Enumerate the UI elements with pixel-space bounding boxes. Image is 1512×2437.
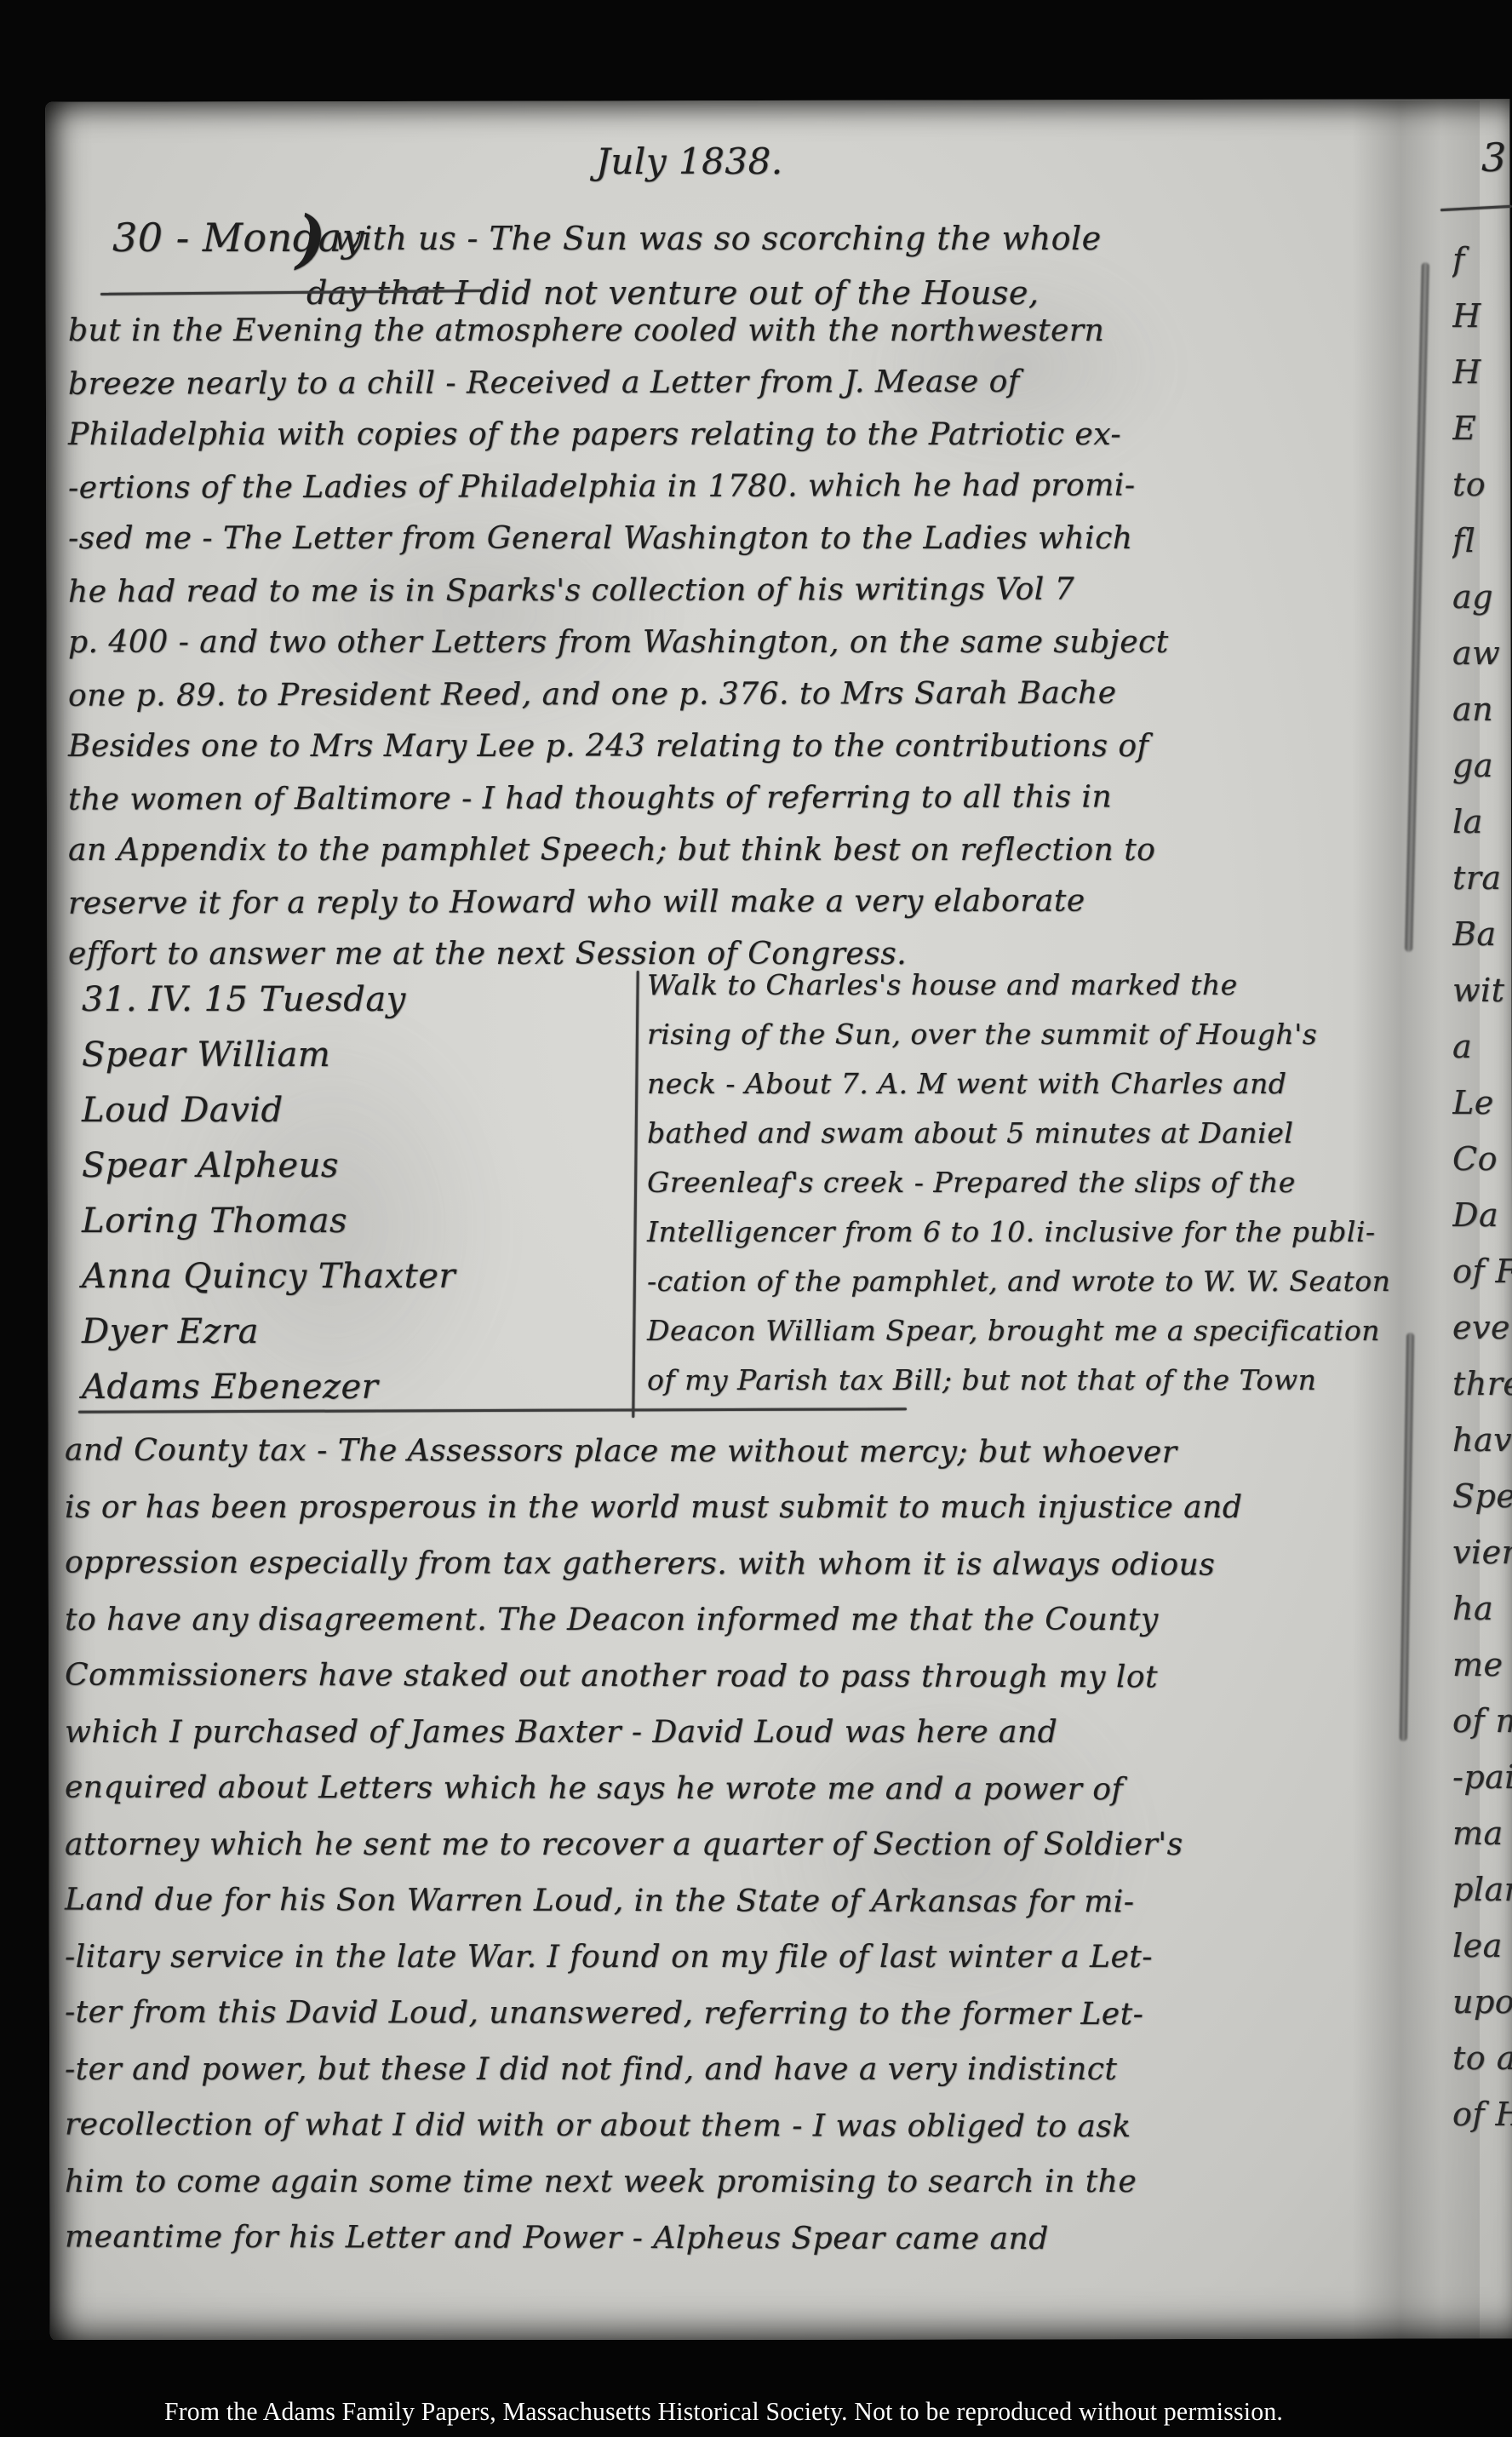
manuscript-line: enquired about Letters which he says he …: [65, 1760, 1243, 1819]
manuscript-line: he had read to me is in Sparks's collect…: [68, 563, 1169, 617]
manuscript-line: -ter from this David Loud, unanswered, r…: [65, 1985, 1243, 2044]
manuscript-line: is or has been prosperous in the world m…: [65, 1480, 1242, 1536]
text-fragment: Spe: [1452, 1468, 1512, 1524]
entry-brace: ): [296, 203, 327, 276]
manuscript-line: Deacon William Spear, brought me a speci…: [647, 1306, 1390, 1356]
text-fragment: eve: [1452, 1299, 1512, 1356]
text-fragment: -pair: [1452, 1749, 1512, 1805]
visitor-name: Loud David: [82, 1083, 455, 1138]
manuscript-line: bathed and swam about 5 minutes at Danie…: [647, 1109, 1390, 1158]
manuscript-line: -litary service in the late War. I found…: [65, 1930, 1242, 1986]
text-fragment: to: [1452, 456, 1512, 513]
text-fragment: f: [1452, 232, 1512, 288]
manuscript-line: of my Parish tax Bill; but not that of t…: [647, 1356, 1390, 1405]
manuscript-line: Philadelphia with copies of the papers r…: [68, 409, 1169, 461]
text-fragment: wit: [1452, 962, 1512, 1018]
visitor-name: Dyer Ezra: [82, 1305, 455, 1360]
text-fragment: fl: [1452, 513, 1512, 569]
manuscript-line: him to come again some time next week pr…: [65, 2154, 1242, 2211]
manuscript-line: -cation of the pamphlet, and wrote to W.…: [647, 1257, 1390, 1306]
text-fragment: ga: [1452, 737, 1512, 794]
scanned-diary-screenshot: { "colors": { "background": "#060606", "…: [0, 0, 1512, 2437]
text-fragment: Ba: [1452, 906, 1512, 962]
manuscript-line: Greenleaf's creek - Prepared the slips o…: [647, 1158, 1390, 1207]
text-fragment: plan: [1452, 1861, 1512, 1918]
manuscript-line: and County tax - The Assessors place me …: [65, 1423, 1243, 1482]
manuscript-line: to have any disagreement. The Deacon inf…: [65, 1592, 1242, 1649]
manuscript-line: neck - About 7. A. M went with Charles a…: [647, 1059, 1390, 1109]
visitor-name: Spear Alpheus: [82, 1138, 455, 1194]
text-fragment: ma: [1452, 1805, 1512, 1861]
manuscript-line: Walk to Charles's house and marked the: [647, 960, 1390, 1010]
visitor-name: 31. IV. 15 Tuesday: [82, 972, 455, 1028]
adjacent-page-text-fragments: fHHEtoflagawangalatraBawitaLeCoDaof Feve…: [1452, 232, 1512, 2216]
manuscript-line: meantime for his Letter and Power - Alph…: [65, 2210, 1243, 2268]
text-fragment: aw: [1452, 625, 1512, 681]
manuscript-line: Besides one to Mrs Mary Lee p. 243 relat…: [68, 720, 1169, 772]
manuscript-line: breeze nearly to a chill - Received a Le…: [68, 355, 1169, 410]
text-fragment: la: [1452, 794, 1512, 850]
text-fragment: an: [1452, 681, 1512, 737]
month-year-heading: July 1838.: [596, 140, 783, 182]
text-fragment: Co: [1452, 1131, 1512, 1187]
manuscript-line: Intelligencer from 6 to 10. inclusive fo…: [647, 1207, 1390, 1257]
manuscript-line: Land due for his Son Warren Loud, in the…: [65, 1872, 1243, 1931]
manuscript-line: oppression especially from tax gatherers…: [65, 1535, 1243, 1594]
text-fragment: me: [1452, 1637, 1512, 1693]
manuscript-line: -sed me - The Letter from General Washin…: [68, 513, 1169, 565]
adjacent-page-number: 3: [1481, 135, 1507, 181]
text-fragment: Da: [1452, 1187, 1512, 1243]
text-fragment: tra: [1452, 850, 1512, 906]
visitor-name: Adams Ebenezer: [82, 1360, 455, 1415]
text-fragment: to a: [1452, 2030, 1512, 2086]
text-fragment: lea: [1452, 1918, 1512, 1974]
manuscript-line: reserve it for a reply to Howard who wil…: [68, 874, 1169, 929]
manuscript-line: one p. 89. to President Reed, and one p.…: [68, 667, 1169, 721]
manuscript-line: which I purchased of James Baxter - Davi…: [65, 1705, 1242, 1761]
text-fragment: vien: [1452, 1524, 1512, 1580]
visitor-name-list: 31. IV. 15 TuesdaySpear WilliamLoud Davi…: [82, 972, 455, 1415]
text-fragment: E: [1452, 400, 1512, 456]
text-fragment: thre: [1452, 1356, 1512, 1412]
text-fragment: of F: [1452, 1243, 1512, 1299]
text-fragment: H: [1452, 288, 1512, 344]
manuscript-line: p. 400 - and two other Letters from Wash…: [68, 616, 1169, 668]
text-fragment: of m: [1452, 1693, 1512, 1749]
text-fragment: ha: [1452, 1580, 1512, 1637]
manuscript-line: recollection of what I did with or about…: [65, 2097, 1243, 2156]
entry-first-line: with us - The Sun was so scorching the w…: [334, 220, 1102, 257]
diary-paragraph-upper: but in the Evening the atmosphere cooled…: [68, 305, 1169, 980]
archive-caption: From the Adams Family Papers, Massachuse…: [29, 2396, 1418, 2427]
text-fragment: hav: [1452, 1412, 1512, 1468]
manuscript-line: Commissioners have staked out another ro…: [65, 1648, 1243, 1706]
manuscript-line: but in the Evening the atmosphere cooled…: [68, 305, 1169, 357]
text-fragment: Le: [1452, 1075, 1512, 1131]
manuscript-line: an Appendix to the pamphlet Speech; but …: [68, 824, 1169, 876]
visitor-name: Loring Thomas: [82, 1194, 455, 1249]
manuscript-line: attorney which he sent me to recover a q…: [65, 1817, 1242, 1873]
manuscript-line: -ertions of the Ladies of Philadelphia i…: [68, 459, 1169, 513]
visitor-name: Anna Quincy Thaxter: [82, 1249, 455, 1305]
text-fragment: of H: [1452, 2086, 1512, 2142]
text-fragment: upo: [1452, 1974, 1512, 2030]
text-fragment: a: [1452, 1018, 1512, 1075]
manuscript-line: the women of Baltimore - I had thoughts …: [68, 771, 1169, 825]
visitor-name: Spear William: [82, 1028, 455, 1083]
tuesday-entry-column: Walk to Charles's house and marked theri…: [647, 960, 1390, 1405]
manuscript-line: rising of the Sun, over the summit of Ho…: [647, 1010, 1390, 1059]
diary-paragraph-lower: and County tax - The Assessors place me …: [65, 1424, 1242, 2267]
manuscript-line: -ter and power, but these I did not find…: [65, 2042, 1242, 2098]
text-fragment: ag: [1452, 569, 1512, 625]
text-fragment: H: [1452, 344, 1512, 400]
